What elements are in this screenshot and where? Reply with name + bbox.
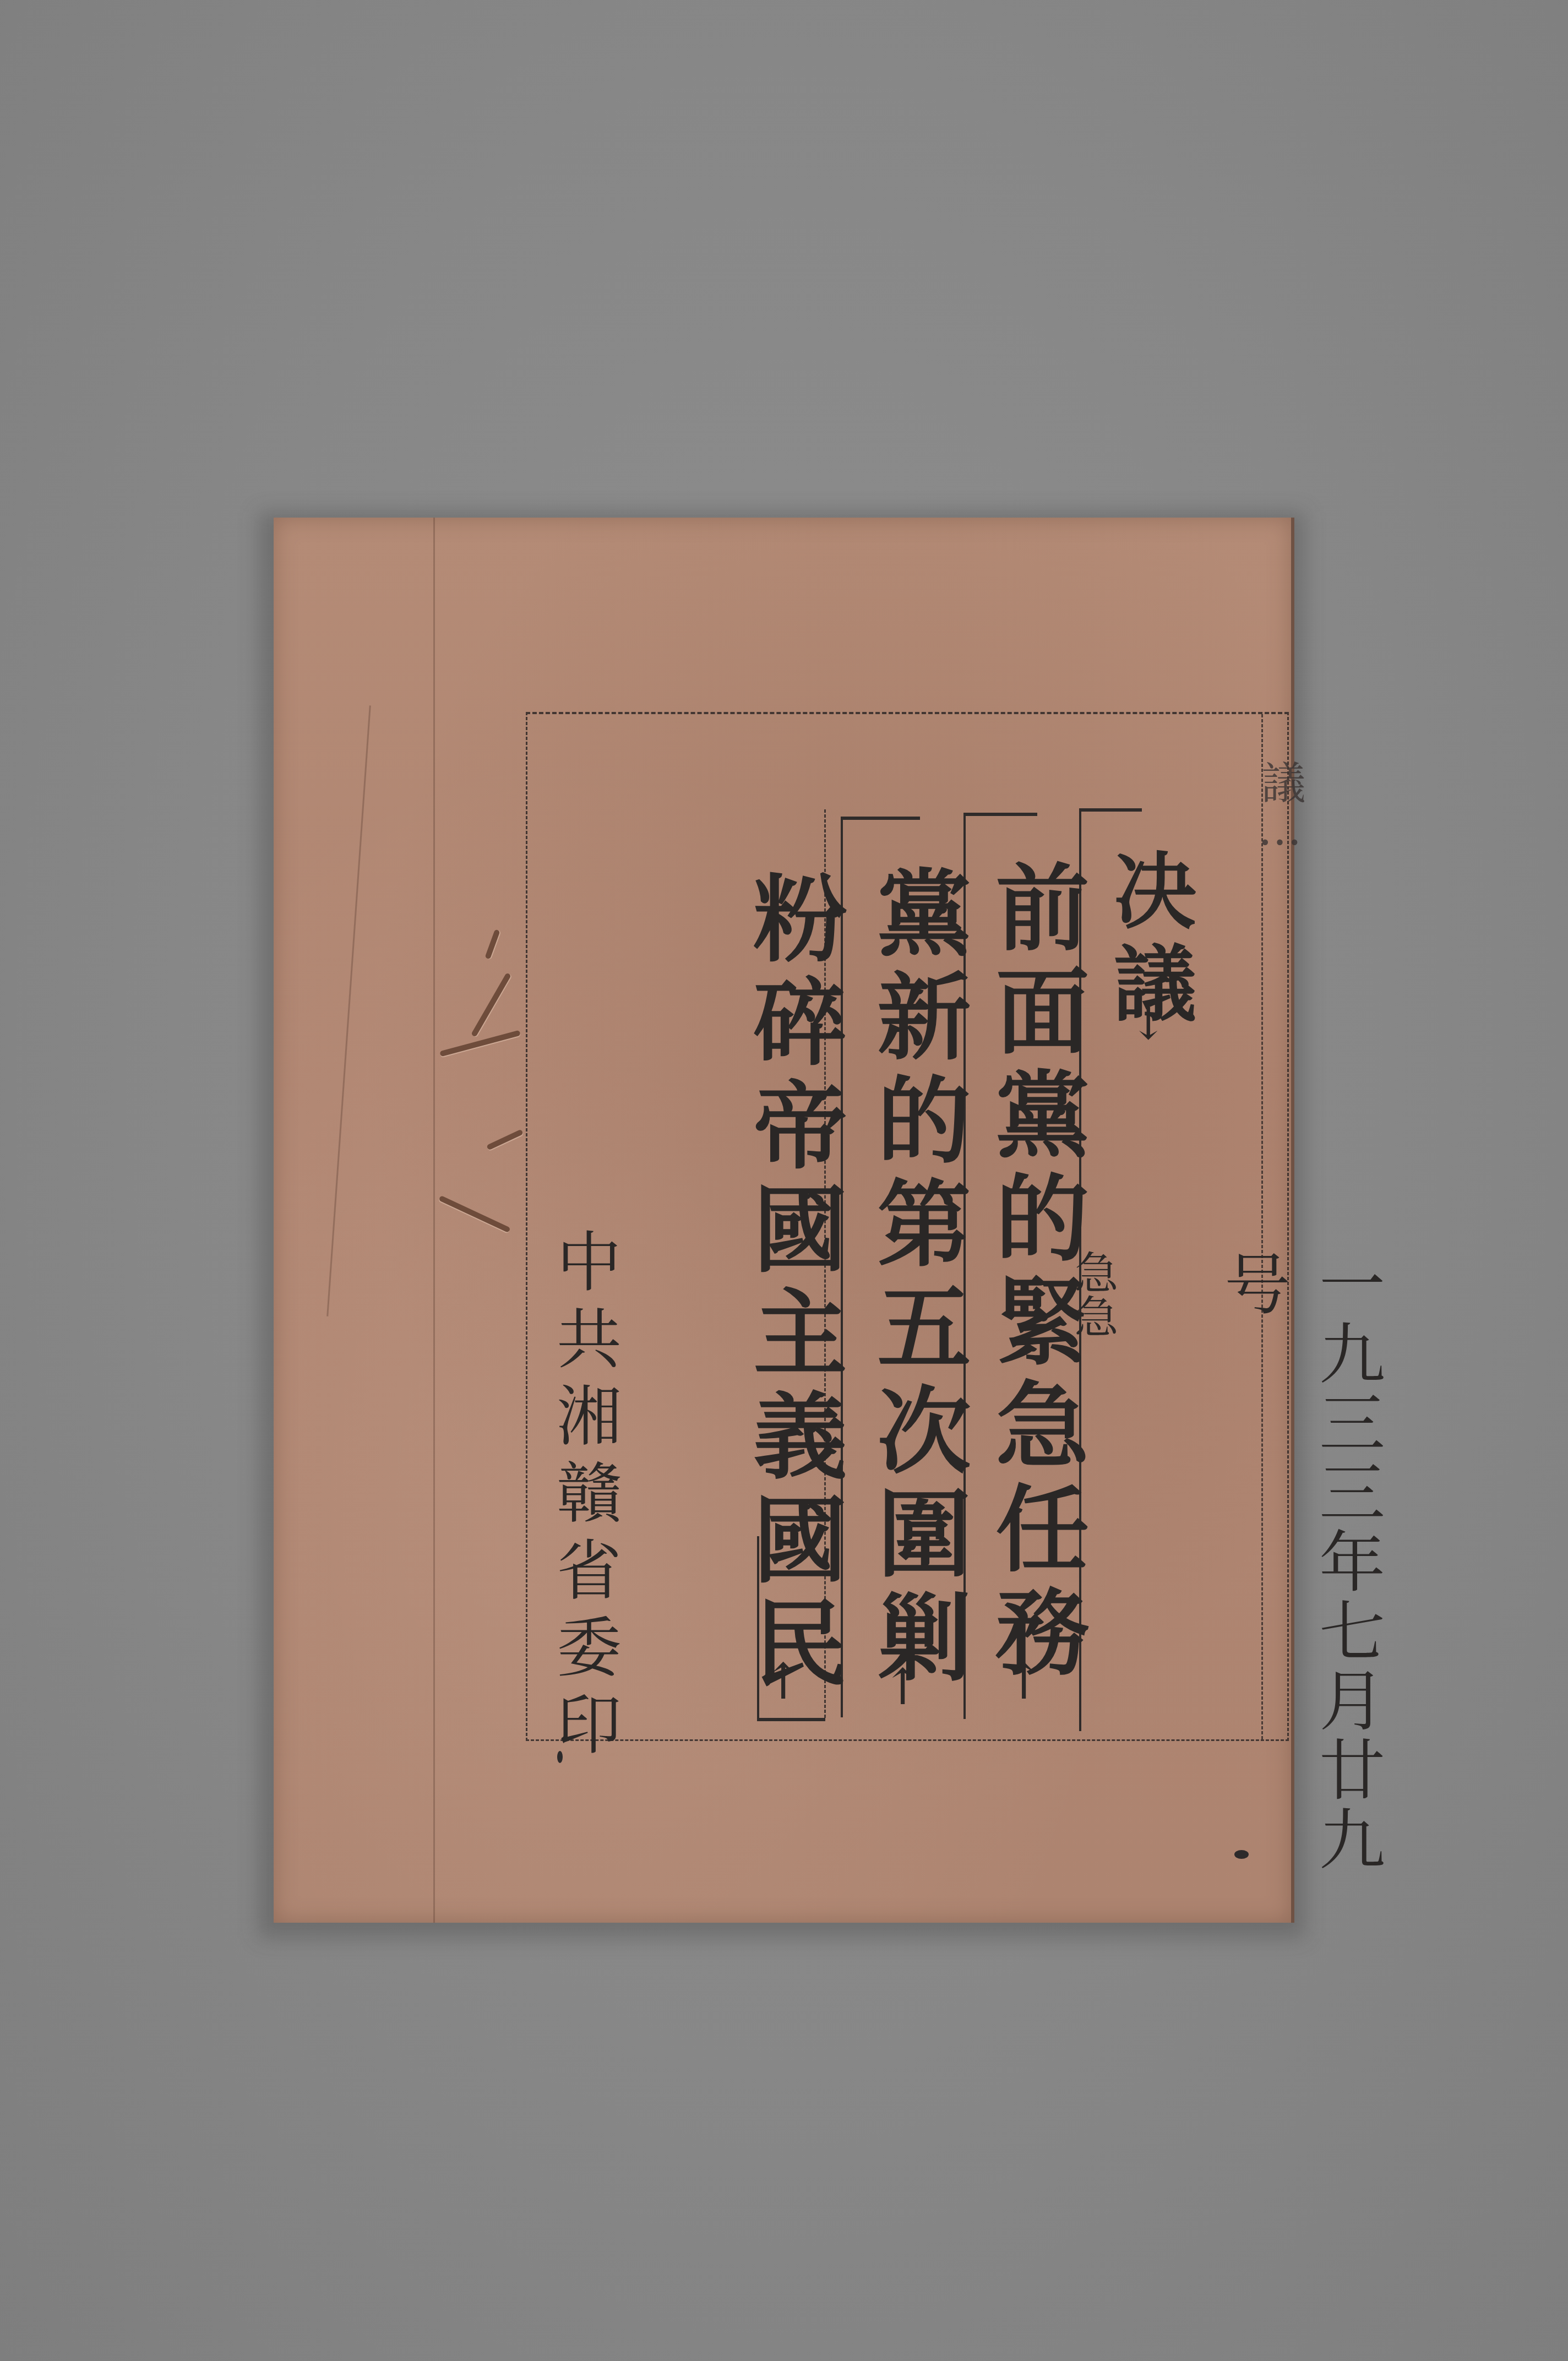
up-arrow-icon: ↑	[1003, 1657, 1044, 1707]
ink-spot	[1234, 1850, 1249, 1859]
tear-mark	[484, 929, 500, 959]
tear-mark	[486, 1129, 524, 1151]
issuer-text: 中共湘贛省委印	[537, 1228, 630, 1767]
edge-text: 議…	[1248, 760, 1311, 855]
tear-mark	[439, 1030, 520, 1057]
spine-fold	[433, 518, 435, 1923]
crease	[326, 705, 371, 1316]
tear-mark	[471, 972, 511, 1037]
down-arrow-icon: ↓	[1130, 1002, 1167, 1046]
date-text: 一九三三年七月廿九号	[1204, 1250, 1393, 1923]
annotation-jiji: 急急	[1061, 1250, 1124, 1338]
tear-mark	[438, 1195, 510, 1233]
title-line-2: 黨新的第五次圍剿	[849, 864, 984, 1693]
up-arrow-icon: ↑	[882, 1663, 923, 1712]
up-arrow-icon: ↑	[763, 1657, 804, 1707]
pamphlet-cover: 决議 ↓ 前面黨的緊急任務 急急 黨新的第五次圍剿 粉碎帝國主義國民 ↑ ↑ ↑…	[274, 518, 1294, 1923]
title-line-3: 粉碎帝國主義國民	[725, 870, 860, 1698]
ink-spot	[557, 1751, 563, 1763]
